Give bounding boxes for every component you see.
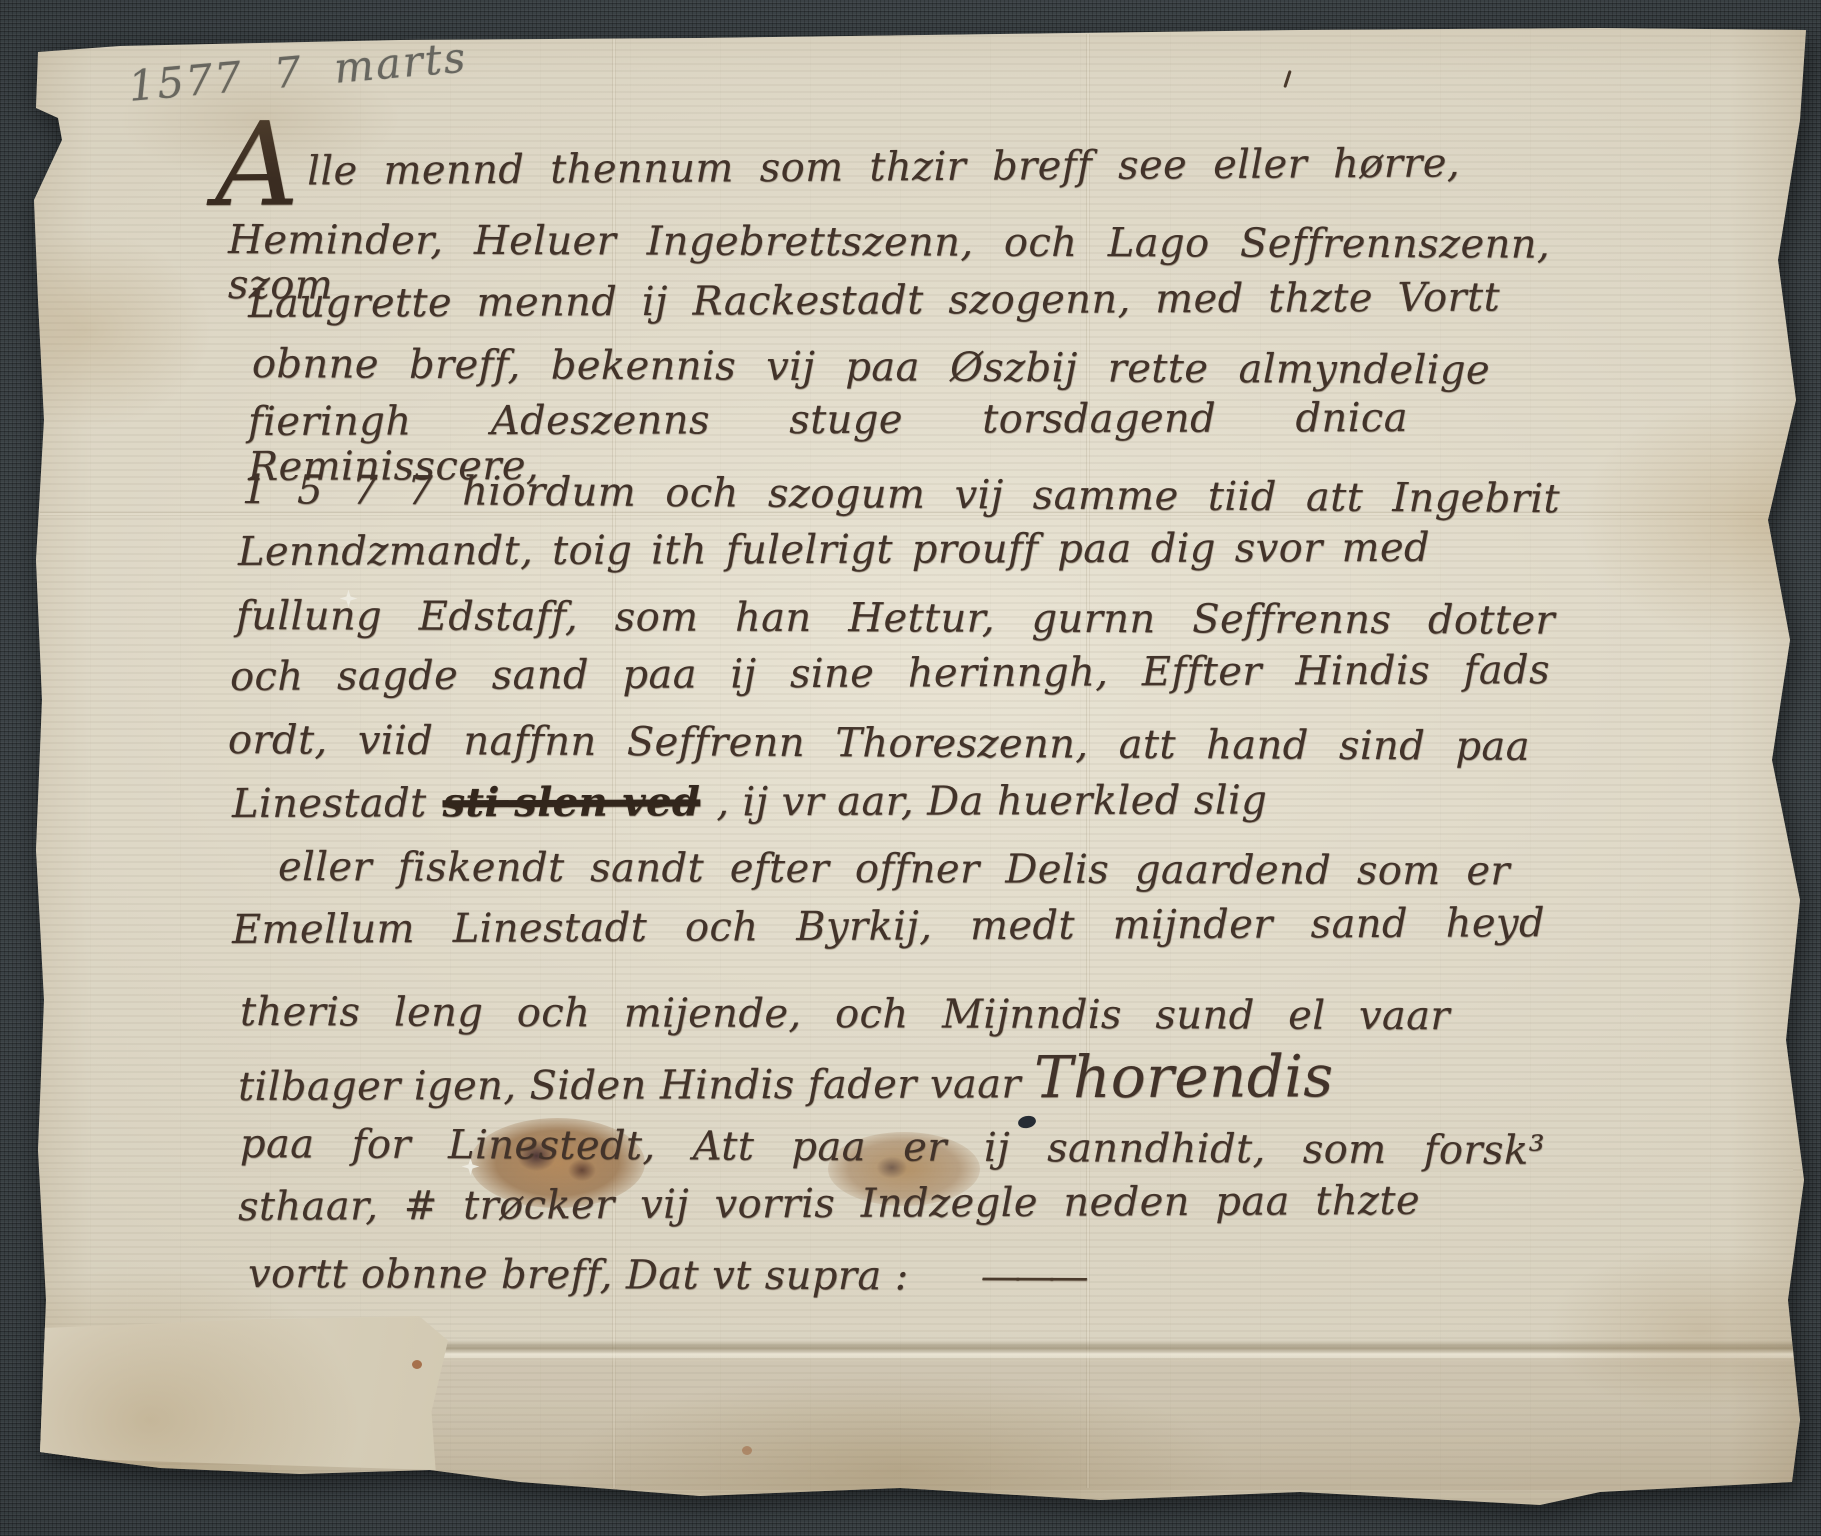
text-line: fullung Edstaff, som han Hettur, gurnn S…: [236, 594, 1555, 643]
paper-shadow-wrap: 1577 7 marts Alle mennd thennum som thzi…: [0, 0, 1821, 1536]
torn-corner-piece: [36, 1316, 448, 1470]
text-fragment: vortt obnne breff, Dat vt supra :: [248, 1251, 909, 1299]
manuscript-photo: 1577 7 marts Alle mennd thennum som thzi…: [0, 0, 1821, 1536]
ink-speck: [1283, 70, 1291, 88]
crossed-out-text: sti slen ved: [442, 778, 700, 826]
closing-flourish-dash: ———: [981, 1254, 1083, 1300]
text-line: paa for Linestedt, Att paa er ij sanndhi…: [240, 1122, 1545, 1174]
rust-speck: [412, 1360, 422, 1369]
text-line: theris leng och mijende, och Mijnndis su…: [240, 990, 1450, 1039]
text-line: Emellum Linestadt och Byrkij, medt mijnd…: [232, 901, 1545, 953]
text-line: obnne breff, bekennis vij paa Øszbij ret…: [252, 342, 1490, 393]
text-fragment: tilbager igen, Siden Hindis fader vaar: [238, 1061, 1034, 1110]
text-line: ordt, viid naffnn Seffrenn Thoreszenn, a…: [228, 718, 1530, 770]
manuscript-paper: 1577 7 marts Alle mennd thennum som thzi…: [0, 0, 1821, 1536]
text-line-with-large-word: tilbager igen, Siden Hindis fader vaar T…: [238, 1043, 1555, 1113]
text-line: sthaar, # trøcker vij vorris Indzegle ne…: [238, 1179, 1420, 1230]
text-line: Alle mennd thennum som thzir breff see e…: [215, 141, 1460, 194]
text-line: 1 5 7 7 hiordum och szogum vij samme tii…: [242, 468, 1560, 522]
text-line-with-strikeout: Linestadtsti slen ved, ij vr aar, Da hue…: [232, 777, 1545, 826]
text-line: eller fiskendt sandt efter offner Delis …: [278, 845, 1510, 894]
text-line: Laugrette mennd ij Rackestadt szogenn, m…: [248, 275, 1500, 326]
rust-speck: [742, 1446, 752, 1455]
text-line: och sagde sand paa ij sine herinngh, Eff…: [230, 648, 1550, 700]
large-written-word: Thorendis: [1034, 1042, 1334, 1111]
text-fragment: , ij vr aar, Da huerkled slig: [716, 777, 1267, 825]
text-line: Lenndzmandt, toig ith fulelrigt prouff p…: [238, 526, 1430, 575]
text-fragment: Linestadt: [232, 780, 427, 827]
text-line-closing: vortt obnne breff, Dat vt supra :———: [248, 1252, 1348, 1301]
